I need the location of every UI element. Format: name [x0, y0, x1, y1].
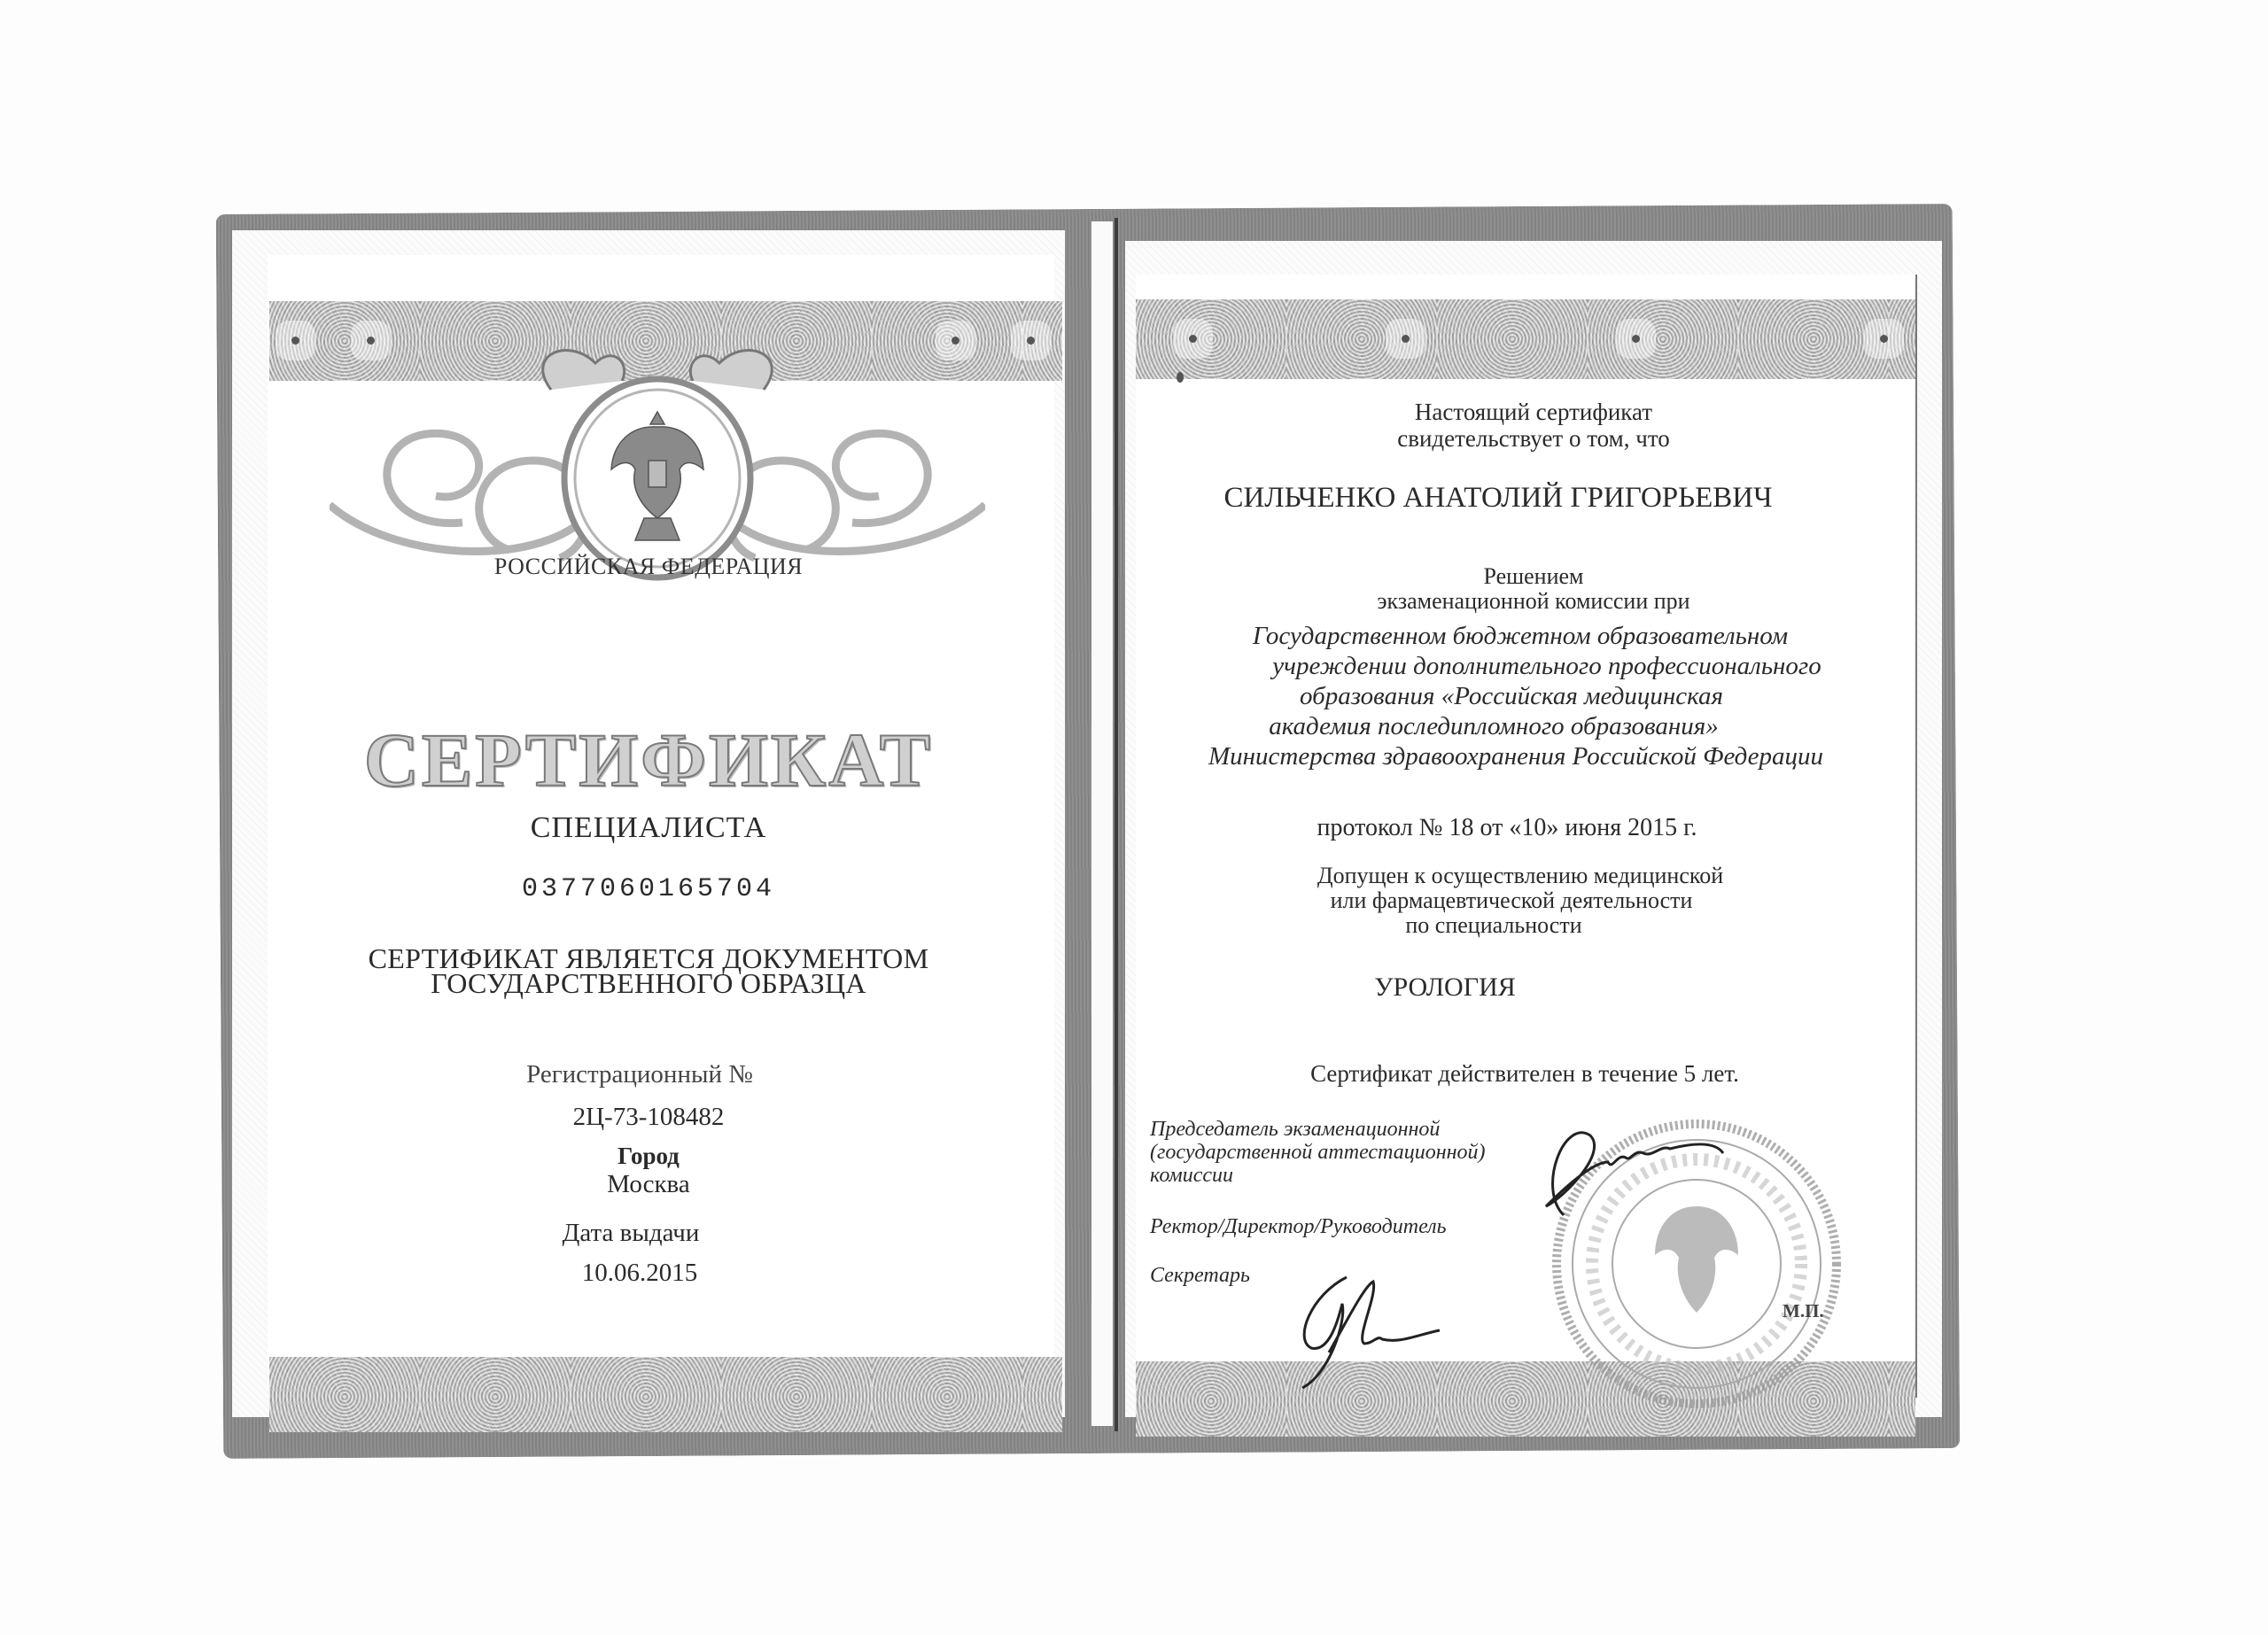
guilloche-band-top-right — [1136, 299, 1915, 379]
scan-speck — [1177, 372, 1184, 383]
admission-line: Допущен к осуществлению медицинской — [1112, 863, 1929, 889]
institution-line: образования «Российская медицинская — [1103, 682, 1920, 711]
institution-line: учреждении дополнительного профессиональ… — [1138, 652, 1955, 681]
registration-label: Регистрационный № — [232, 1060, 1047, 1089]
institution-line: Министерства здравоохранения Российской … — [1107, 742, 1924, 771]
secretary-label: Секретарь — [1150, 1264, 1250, 1288]
guilloche-band-bottom — [269, 1357, 1062, 1432]
right-page: Настоящий сертификат свидетельствует о т… — [1125, 241, 1942, 1417]
chair-label-line-1: Председатель экзаменационной — [1150, 1118, 1440, 1142]
registration-number: 2Ц-73-108482 — [232, 1103, 1065, 1132]
admission-line: по специальности — [1085, 912, 1902, 939]
city-value: Москва — [232, 1170, 1065, 1199]
certificate-number: 0377060165704 — [232, 874, 1065, 904]
institution-line: академия последипломного образования» — [1085, 712, 1902, 741]
intro-line-1: Настоящий сертификат — [1125, 399, 1942, 426]
rector-label: Ректор/Директор/Руководитель — [1150, 1215, 1447, 1239]
document-title: СЕРТИФИКАТ — [232, 716, 1065, 804]
protocol-line: протокол № 18 от «10» июня 2015 г. — [1099, 814, 1915, 842]
declaration-line-2: ГОСУДАРСТВЕННОГО ОБРАЗЦА — [232, 967, 1065, 1000]
chair-signature — [1528, 1109, 1732, 1224]
holder-name: СИЛЬЧЕНКО АНАТОЛИЙ ГРИГОРЬЕВИЧ — [1090, 482, 1907, 515]
city-label: Город — [232, 1143, 1065, 1170]
decision-line-1: Решением — [1125, 563, 1942, 590]
secretary-signature — [1276, 1268, 1444, 1392]
decision-line-2: экзаменационной комиссии при — [1125, 588, 1942, 615]
admission-line: или фармацевтической деятельности — [1103, 887, 1920, 914]
intro-line-2: свидетельствует о том, что — [1125, 425, 1942, 453]
seal-place-mark: М.П. — [1783, 1300, 1824, 1322]
chair-label-line-2: (государственной аттестационной) — [1150, 1141, 1486, 1165]
issue-date-label: Дата выдачи — [232, 1219, 1029, 1248]
issue-date-value: 10.06.2015 — [232, 1259, 1047, 1288]
left-page: РОССИЙСКАЯ ФЕДЕРАЦИЯ СЕРТИФИКАТ СПЕЦИАЛИ… — [232, 230, 1065, 1417]
chair-label-line-3: комиссии — [1150, 1164, 1233, 1188]
institution-line: Государственном бюджетном образовательно… — [1112, 622, 1929, 651]
validity-statement: Сертификат действителен в течение 5 лет. — [1116, 1060, 1933, 1088]
document-subtitle: СПЕЦИАЛИСТА — [232, 811, 1065, 845]
specialty: УРОЛОГИЯ — [1037, 972, 1853, 1003]
country-label: РОССИЙСКАЯ ФЕДЕРАЦИЯ — [232, 554, 1065, 580]
